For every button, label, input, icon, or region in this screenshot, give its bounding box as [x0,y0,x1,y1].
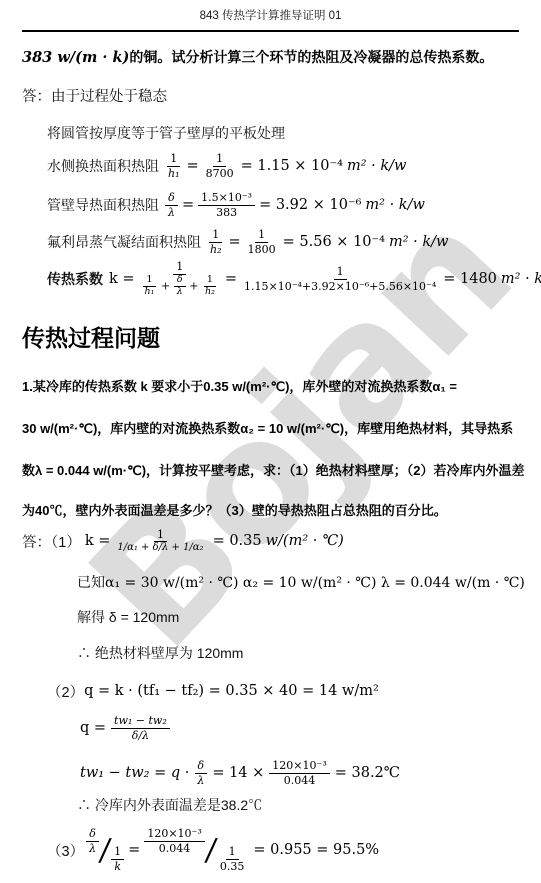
result-value: = 0.955 = 95.5% [253,842,379,858]
formula-water-resistance: 水侧换热面积热阻 1h₁ = 18700 = 1.15 × 10⁻⁴ m² · … [47,150,406,182]
result-unit: w/(m² · ℃) [266,533,344,549]
part2-temperature-line: tw₁ − tw₂ = q · δλ = 14 × 120×10⁻³0.044 … [80,756,400,790]
fraction: 1h₂ [202,275,218,298]
tw-lhs: tw₁ − tw₂ = q · [80,765,189,781]
fraction: δλ [86,827,99,854]
fraction: δλ [194,759,207,786]
result-unit: m² · k/w [389,234,448,250]
conclusion-thickness: ∴ 绝热材料壁厚为 120mm [77,643,243,663]
formula-label: 管壁导热面积热阻 [47,195,159,215]
fraction: 120×10⁻³0.044 [269,759,329,786]
header-divider [22,30,519,32]
note-flat-wall: 将圆管按厚度等于管子壁厚的平板处理 [47,123,285,143]
problem-line-4: 为40℃，壁内外表面温差是多少？（3）壁的导热热阻占总热阻的百分比。 [22,500,447,519]
mid-value: = 14 × [212,765,264,781]
fraction: δλ [165,191,178,218]
problem-line-1: 1.某冷库的传热系数 k 要求小于0.35 w/(m²·℃)，库外壁的对流换热系… [22,376,457,395]
page-header-title: 843 传热学计算推导证明 01 [0,7,541,23]
result-value: = 3.92 × 10⁻⁶ [259,197,361,213]
problem-line-3: 数λ = 0.044 w/(m·℃)，计算按平壁考虑，求：（1）绝热材料壁厚；（… [22,460,525,479]
formula-label: 水侧换热面积热阻 [47,156,159,176]
intro-math: 383 w/(m · k) [22,49,129,66]
known-values: 已知α₁ = 30 w/(m² · ℃) α₂ = 10 w/(m² · ℃) … [77,572,525,592]
intro-text: 的铜。试分析计算三个环节的热阻及冷凝器的总传热系数。 [129,49,493,65]
formula-label: 传热系数 [47,269,103,289]
fraction: 120×10⁻³0.044 [144,827,204,854]
fraction: tw₁ − tw₂δ/λ [111,714,170,741]
part2-heat-flux-line: （2） q = k · (tf₁ − tf₂) = 0.35 × 40 = 14… [47,678,379,704]
fraction: 18700 [203,152,237,179]
fraction: 10.35 [217,845,248,872]
solved-thickness: 解得 δ = 120mm [77,607,179,627]
q-lhs: q = [80,720,106,736]
result-unit: m² · k/w [501,271,541,287]
problem-line-2: 30 w/(m²·℃)，库内壁的对流换热系数α₂ = 10 w/(m²·℃)，库… [22,418,513,437]
result-unit: m² · k/w [347,158,406,174]
formula-overall-coefficient: 传热系数 k = 1 1h₁ + δλ + 1h₂ = 11.15×10⁻⁴+3… [47,258,541,300]
part3-ratio-line: （3） δλ / 1k = 120×10⁻³0.044 / 10.35 = 0.… [47,822,379,878]
fraction: 1h₁ [165,152,183,179]
fraction: 1h₁ [142,275,158,298]
conclusion-surface-temp: ∴ 冷库内外表面温差是38.2℃ [77,795,262,815]
fraction: 1h₂ [207,228,225,255]
result-unit: m² · k/w [365,197,424,213]
result-value: = 0.35 [213,533,262,549]
result-value: = 38.2℃ [335,765,400,781]
fraction: 11800 [245,228,279,255]
result-value: = 1480 [443,271,497,287]
section-heading: 传热过程问题 [22,320,160,353]
answer-part1-equation: 答：（1） k = 11/α₁ + δ/λ + 1/α₂ = 0.35 w/(m… [22,520,344,562]
fraction: 1k [111,845,124,872]
answer-steady-state: 答：由于过程处于稳态 [22,85,167,106]
part3-prefix: （3） [47,840,84,861]
fraction: 1.5×10⁻³383 [198,191,255,218]
result-value: = 5.56 × 10⁻⁴ [283,234,385,250]
fraction: 11.15×10⁻⁴+3.92×10⁻⁶+5.56×10⁻⁴ [241,265,439,292]
result-value: = 1.15 × 10⁻⁴ [241,158,343,174]
fraction: δλ [174,275,186,298]
formula-wall-resistance: 管壁导热面积热阻 δλ = 1.5×10⁻³383 = 3.92 × 10⁻⁶ … [47,189,425,221]
k-lhs: k = [109,271,135,287]
document-content: 843 传热学计算推导证明 01 383 w/(m · k)的铜。试分析计算三个… [0,0,541,883]
part2-equation: q = k · (tf₁ − tf₂) = 0.35 × 40 = 14 w/m… [84,683,379,699]
document-page: Bojan 843 传热学计算推导证明 01 383 w/(m · k)的铜。试… [0,0,541,883]
part2-prefix: （2） [47,681,84,702]
k-lhs: k = [85,533,111,549]
intro-line: 383 w/(m · k)的铜。试分析计算三个环节的热阻及冷凝器的总传热系数。 [22,47,493,67]
fraction: 11/α₁ + δ/λ + 1/α₂ [114,528,206,554]
answer-prefix: 答：（1） [22,531,81,552]
part2-q-fraction-line: q = tw₁ − tw₂δ/λ [80,706,170,750]
fraction: 1 1h₁ + δλ + 1h₂ [139,260,221,297]
formula-freon-resistance: 氟利昂蒸气凝结面积热阻 1h₂ = 11800 = 5.56 × 10⁻⁴ m²… [47,226,448,258]
formula-label: 氟利昂蒸气凝结面积热阻 [47,232,201,252]
